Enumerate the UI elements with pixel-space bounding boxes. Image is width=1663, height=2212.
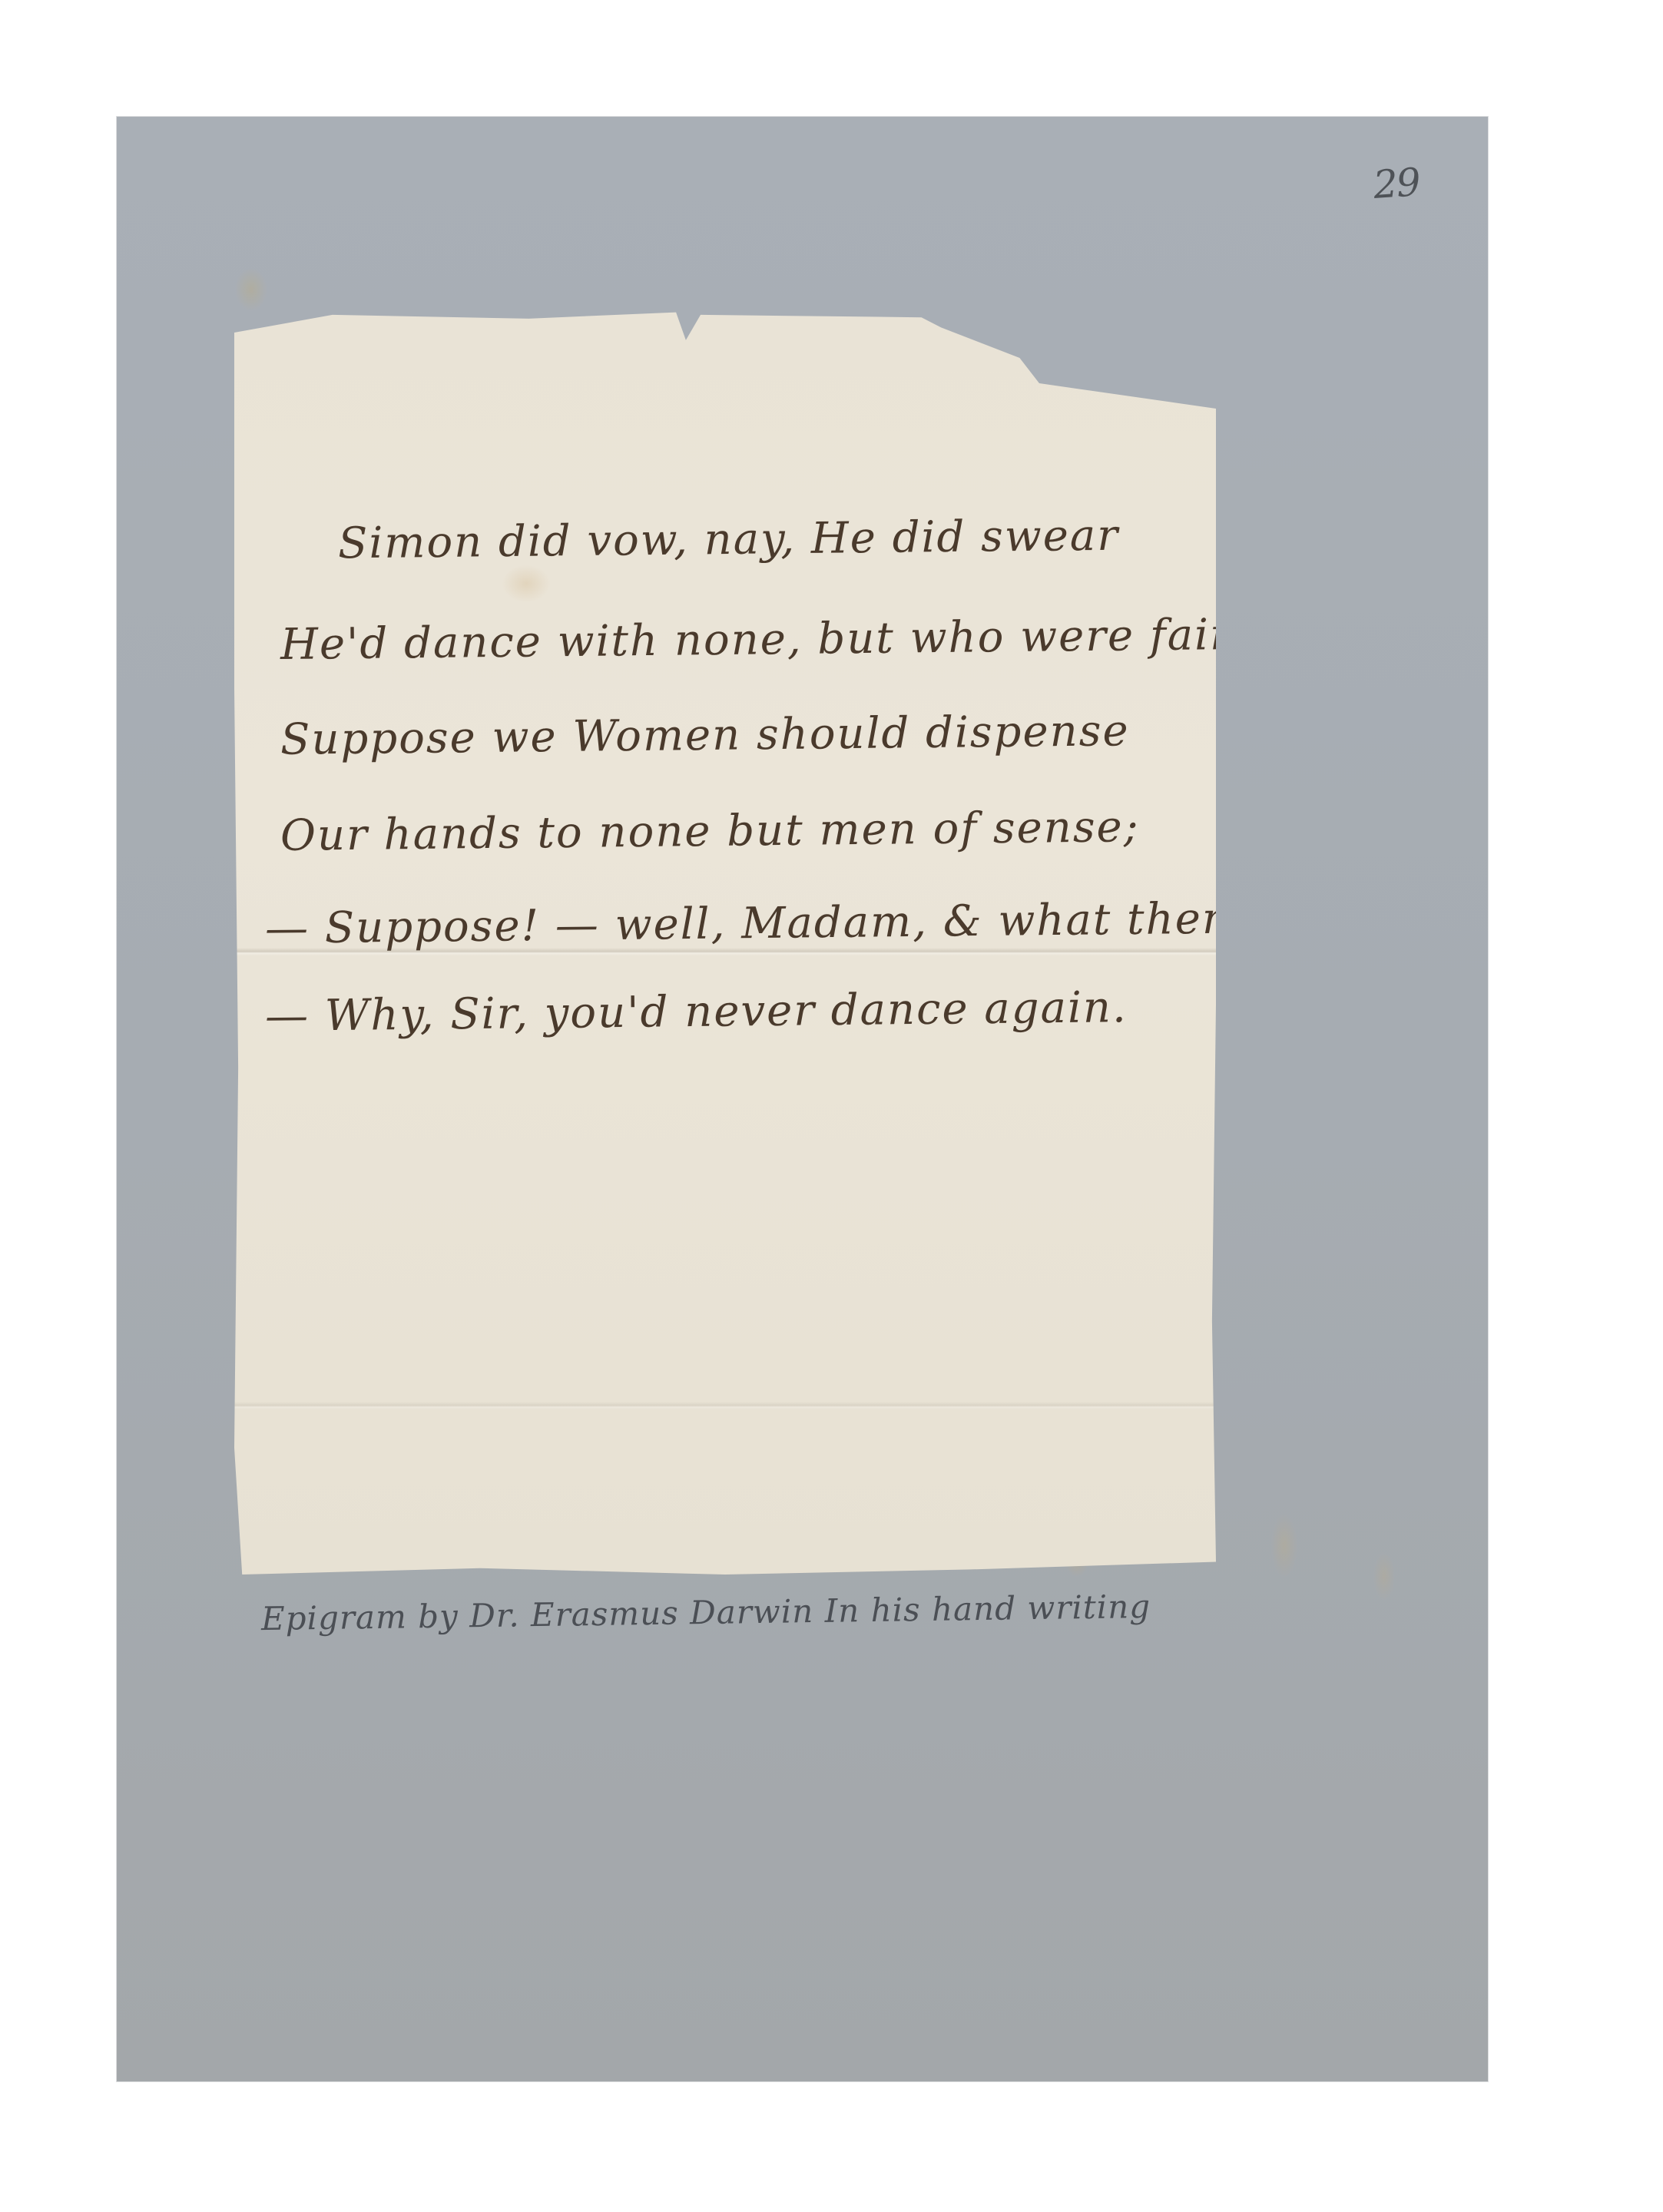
poem-line: He'd dance with none, but who were fair;… bbox=[280, 609, 1308, 670]
page-number: 29 bbox=[1372, 160, 1421, 207]
poem-line: — Suppose! — well, Madam, & what then? bbox=[265, 893, 1257, 954]
poem: Simon did vow, nay, He did swear He'd da… bbox=[234, 307, 1216, 1575]
poem-line: Simon did vow, nay, He did swear bbox=[338, 511, 1120, 569]
poem-line: Suppose we Women should dispense bbox=[280, 706, 1130, 765]
poem-line: Our hands to none but men of sense; bbox=[280, 802, 1140, 861]
manuscript-paper: Simon did vow, nay, He did swear He'd da… bbox=[234, 307, 1216, 1575]
poem-line: — Why, Sir, you'd never dance again. bbox=[265, 982, 1128, 1041]
